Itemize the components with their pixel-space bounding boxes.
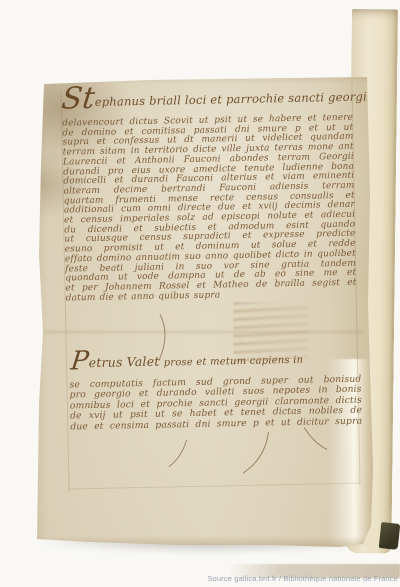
book-cover-edge (379, 522, 400, 550)
manuscript-page: Stephanus briall loci et parrochie sanct… (30, 74, 378, 550)
digitized-manuscript-photo: Stephanus briall loci et parrochie sanct… (0, 0, 400, 587)
decorated-initial-2: P (70, 356, 89, 366)
decorated-initial-1: St (61, 94, 95, 105)
paragraph-2-opening: Petrus Valet prose et metum capiens in (71, 351, 303, 371)
ruling-line-bottom (69, 483, 361, 490)
opening-word-1: ephanus briall (95, 93, 182, 109)
gallica-source-watermark: Source gallica.bnf.fr / Bibliothèque nat… (207, 574, 398, 583)
paragraph-1-body: delavencourt dictus Scovit ut psit ut se… (62, 114, 357, 304)
opening-rest-2: prose et metum capiens in (164, 355, 304, 369)
opening-word-2: etrus Valet (89, 354, 160, 370)
paragraph-2-body: se computatis factum sud grond super out… (69, 375, 362, 433)
text-layer: Stephanus briall loci et parrochie sanct… (29, 68, 386, 551)
opening-rest-1: loci et parrochie sancti georgii (185, 89, 371, 107)
paragraph-1-opening: Stephanus briall loci et parrochie sanct… (62, 88, 371, 109)
